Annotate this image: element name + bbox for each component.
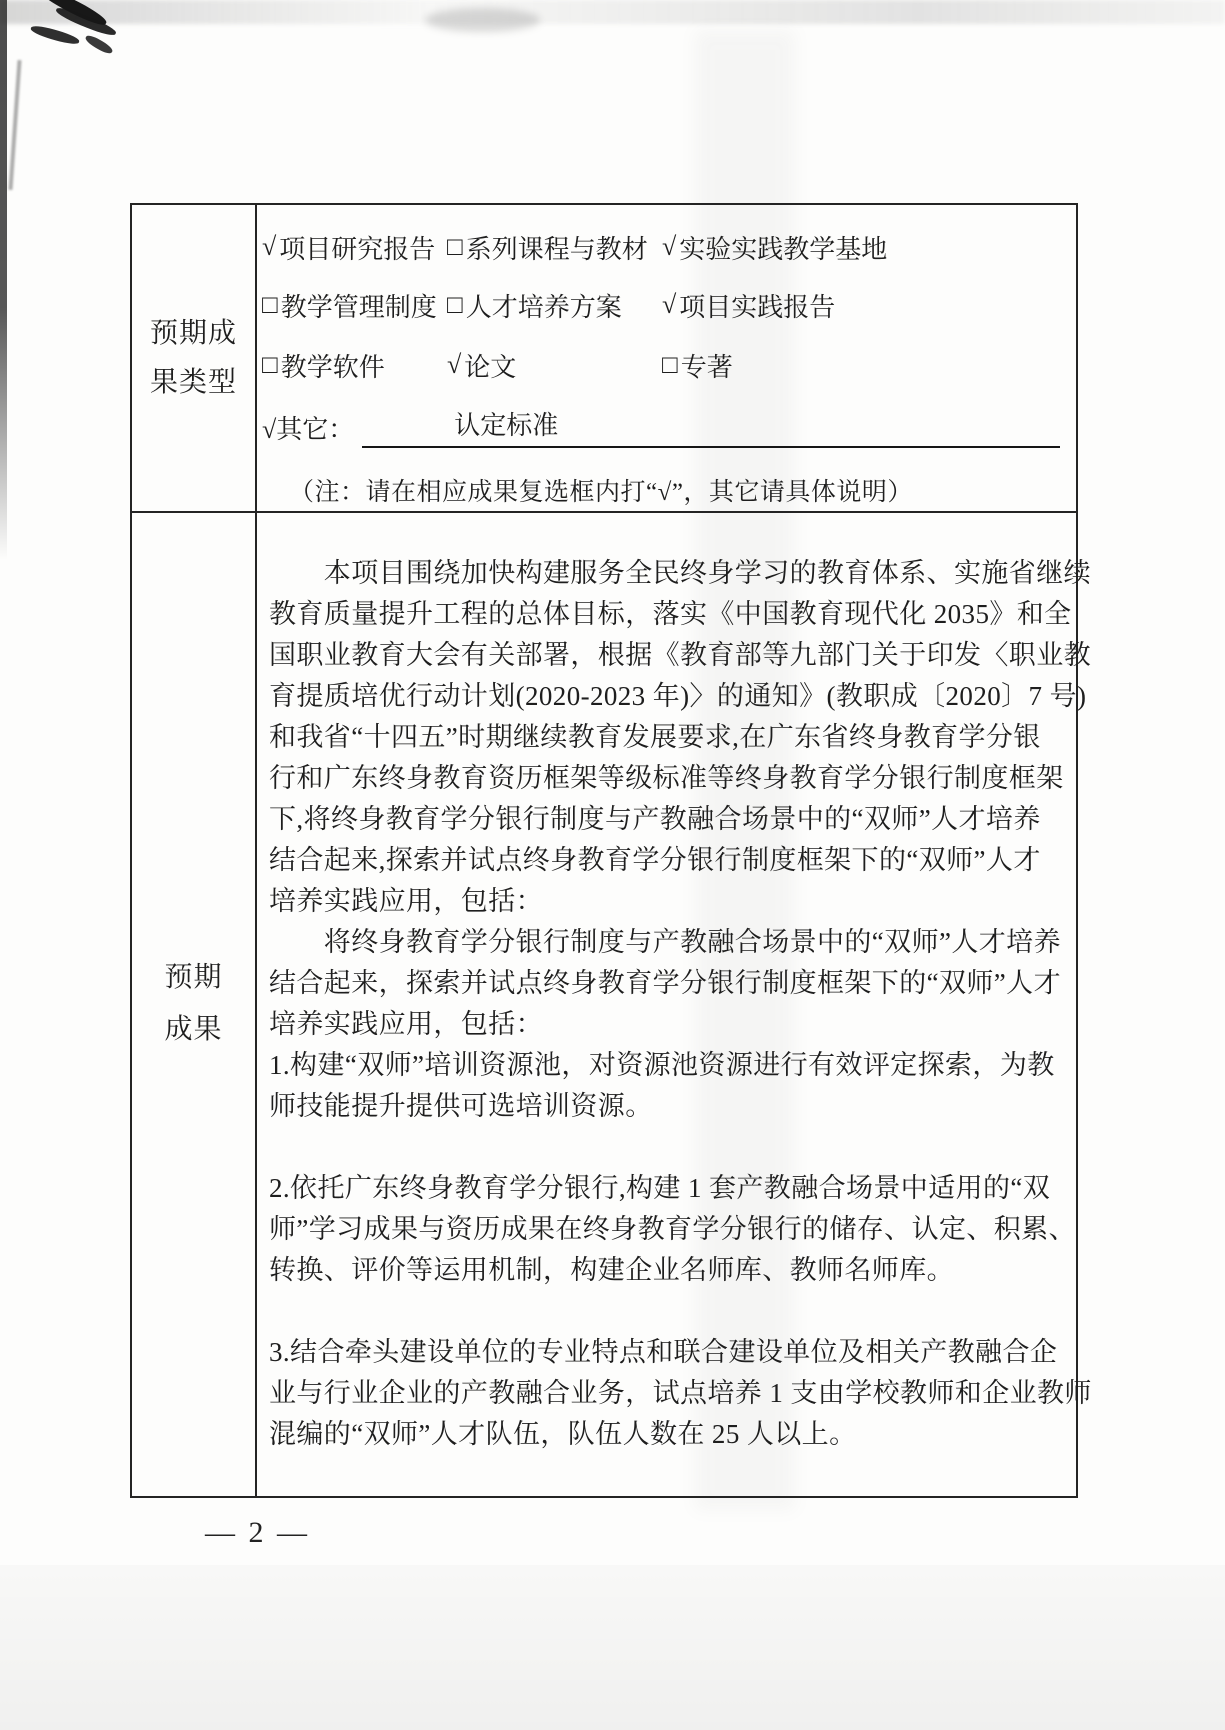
- paragraph-line: 业与行业企业的产教融合业务，试点培养 1 支由学校教师和企业教师: [269, 1373, 1076, 1414]
- other-fill-in-line: 认定标准: [362, 408, 1060, 448]
- checked-checkbox-item: √实验实践教学基地: [662, 229, 887, 266]
- paragraph-line: 行和广东终身教育资历框架等级标准等终身教育学分银行制度框架: [269, 758, 1076, 799]
- paragraph-line: 结合起来,探索并试点终身教育学分银行制度框架下的“双师”人才: [269, 840, 1076, 881]
- scan-shading-bottom: [0, 1565, 1225, 1730]
- paragraph-line: 结合起来，探索并试点终身教育学分银行制度框架下的“双师”人才: [269, 963, 1076, 1004]
- note-text: （注：请在相应成果复选框内打“√”，其它请具体说明）: [289, 470, 913, 510]
- check-mark-icon: √: [662, 290, 676, 320]
- paragraph-line: 将终身教育学分银行制度与产教融合场景中的“双师”人才培养: [269, 922, 1076, 963]
- paragraph-line: 下,将终身教育学分银行制度与产教融合场景中的“双师”人才培养: [269, 799, 1076, 840]
- empty-checkbox-icon: □: [447, 290, 463, 320]
- other-fill-in-value: 认定标准: [454, 411, 558, 440]
- paragraph-line: 和我省“十四五”时期继续教育发展要求,在广东省终身教育学分银: [269, 717, 1076, 758]
- unchecked-checkbox-item: □教学管理制度: [262, 287, 447, 324]
- checkbox-label: 教学管理制度: [281, 287, 437, 324]
- paragraph-line: [269, 1127, 1076, 1168]
- scan-edge-streak: [8, 60, 21, 190]
- unchecked-checkbox-item: □教学软件: [262, 347, 447, 384]
- paragraph-line: 本项目围绕加快构建服务全民终身学习的教育体系、实施省继续: [269, 553, 1076, 594]
- check-mark-icon: √: [262, 232, 276, 262]
- check-mark-icon: √: [662, 232, 676, 262]
- unchecked-checkbox-item: □人才培养方案: [447, 287, 662, 324]
- empty-checkbox-icon: □: [262, 350, 278, 380]
- paragraph-line: 教育质量提升工程的总体目标，落实《中国教育现代化 2035》和全: [269, 594, 1076, 635]
- empty-checkbox-icon: □: [447, 232, 463, 262]
- paragraph-line: 转换、评价等运用机制，构建企业名师库、教师名师库。: [269, 1250, 1076, 1291]
- scan-ink-blob: [30, 23, 81, 46]
- checkbox-label: 专著: [681, 347, 733, 384]
- paragraph-line: 1.构建“双师”培训资源池，对资源池资源进行有效评定探索，为教: [269, 1045, 1076, 1086]
- row-label-line: 预期: [164, 952, 222, 1004]
- paragraph-line: 3.结合牵头建设单位的专业特点和联合建设单位及相关产教融合企: [269, 1332, 1076, 1373]
- paragraph-line: [269, 1291, 1076, 1332]
- checkbox-row: □教学管理制度□人才培养方案√项目实践报告: [262, 285, 1070, 325]
- other-label: 其它：: [276, 415, 354, 444]
- form-table: 预期成 果类型 √项目研究报告□系列课程与教材√实验实践教学基地□教学管理制度□…: [130, 203, 1078, 1498]
- row-label-expected-outcome: 预期 成果: [132, 511, 255, 1496]
- checked-checkbox-item: √论文: [447, 347, 662, 384]
- checked-checkbox-item: √项目实践报告: [662, 287, 835, 324]
- scanned-document-page: 预期成 果类型 √项目研究报告□系列课程与教材√实验实践教学基地□教学管理制度□…: [0, 0, 1225, 1730]
- checkbox-label: 人才培养方案: [466, 287, 622, 324]
- check-mark-icon: √: [447, 350, 461, 380]
- outcome-type-content: √项目研究报告□系列课程与教材√实验实践教学基地□教学管理制度□人才培养方案√项…: [257, 205, 1076, 511]
- paragraph-line: 2.依托广东终身教育学分银行,构建 1 套产教融合场景中适用的“双: [269, 1168, 1076, 1209]
- scan-ink-blob: [84, 33, 114, 56]
- paragraph-line: 培养实践应用，包括：: [269, 1004, 1076, 1045]
- checkbox-label: 实验实践教学基地: [679, 229, 887, 266]
- scan-shadow-top: [0, 0, 1225, 24]
- unchecked-checkbox-item: □专著: [662, 347, 733, 384]
- checkbox-label: 论文: [464, 347, 516, 384]
- page-number: — 2 —: [205, 1516, 310, 1550]
- other-option-line: √其它： 认定标准: [262, 408, 1060, 448]
- scan-edge-streak: [0, 0, 7, 560]
- checkbox-label: 项目研究报告: [279, 229, 435, 266]
- scan-smudge: [425, 8, 540, 32]
- checkbox-label: 项目实践报告: [679, 287, 835, 324]
- paragraph-line: 培养实践应用，包括：: [269, 881, 1076, 922]
- row-label-outcome-type: 预期成 果类型: [132, 205, 255, 511]
- checkbox-label: 教学软件: [281, 347, 385, 384]
- check-mark-icon: √: [262, 415, 276, 444]
- checkbox-row: □教学软件√论文□专著: [262, 345, 1070, 385]
- row-label-line: 预期成: [150, 309, 237, 358]
- row-label-line: 成果: [164, 1004, 222, 1056]
- expected-outcome-paragraph: 本项目围绕加快构建服务全民终身学习的教育体系、实施省继续教育质量提升工程的总体目…: [257, 511, 1076, 1496]
- paragraph-line: 师技能提升提供可选培训资源。: [269, 1086, 1076, 1127]
- checkbox-label: 系列课程与教材: [466, 229, 648, 266]
- empty-checkbox-icon: □: [662, 350, 678, 380]
- checkbox-row: √项目研究报告□系列课程与教材√实验实践教学基地: [262, 227, 1070, 267]
- paragraph-line: 混编的“双师”人才队伍，队伍人数在 25 人以上。: [269, 1414, 1076, 1455]
- checked-checkbox-item: √项目研究报告: [262, 229, 447, 266]
- paragraph-line: 师”学习成果与资历成果在终身教育学分银行的储存、认定、积累、: [269, 1209, 1076, 1250]
- paragraph-line: 育提质培优行动计划(2020-2023 年)〉的通知》(教职成〔2020〕7 号…: [269, 676, 1076, 717]
- unchecked-checkbox-item: □系列课程与教材: [447, 229, 662, 266]
- row-label-line: 果类型: [150, 358, 237, 407]
- paragraph-line: 国职业教育大会有关部署，根据《教育部等九部门关于印发〈职业教: [269, 635, 1076, 676]
- empty-checkbox-icon: □: [262, 290, 278, 320]
- checked-checkbox-other: √其它：: [262, 412, 354, 448]
